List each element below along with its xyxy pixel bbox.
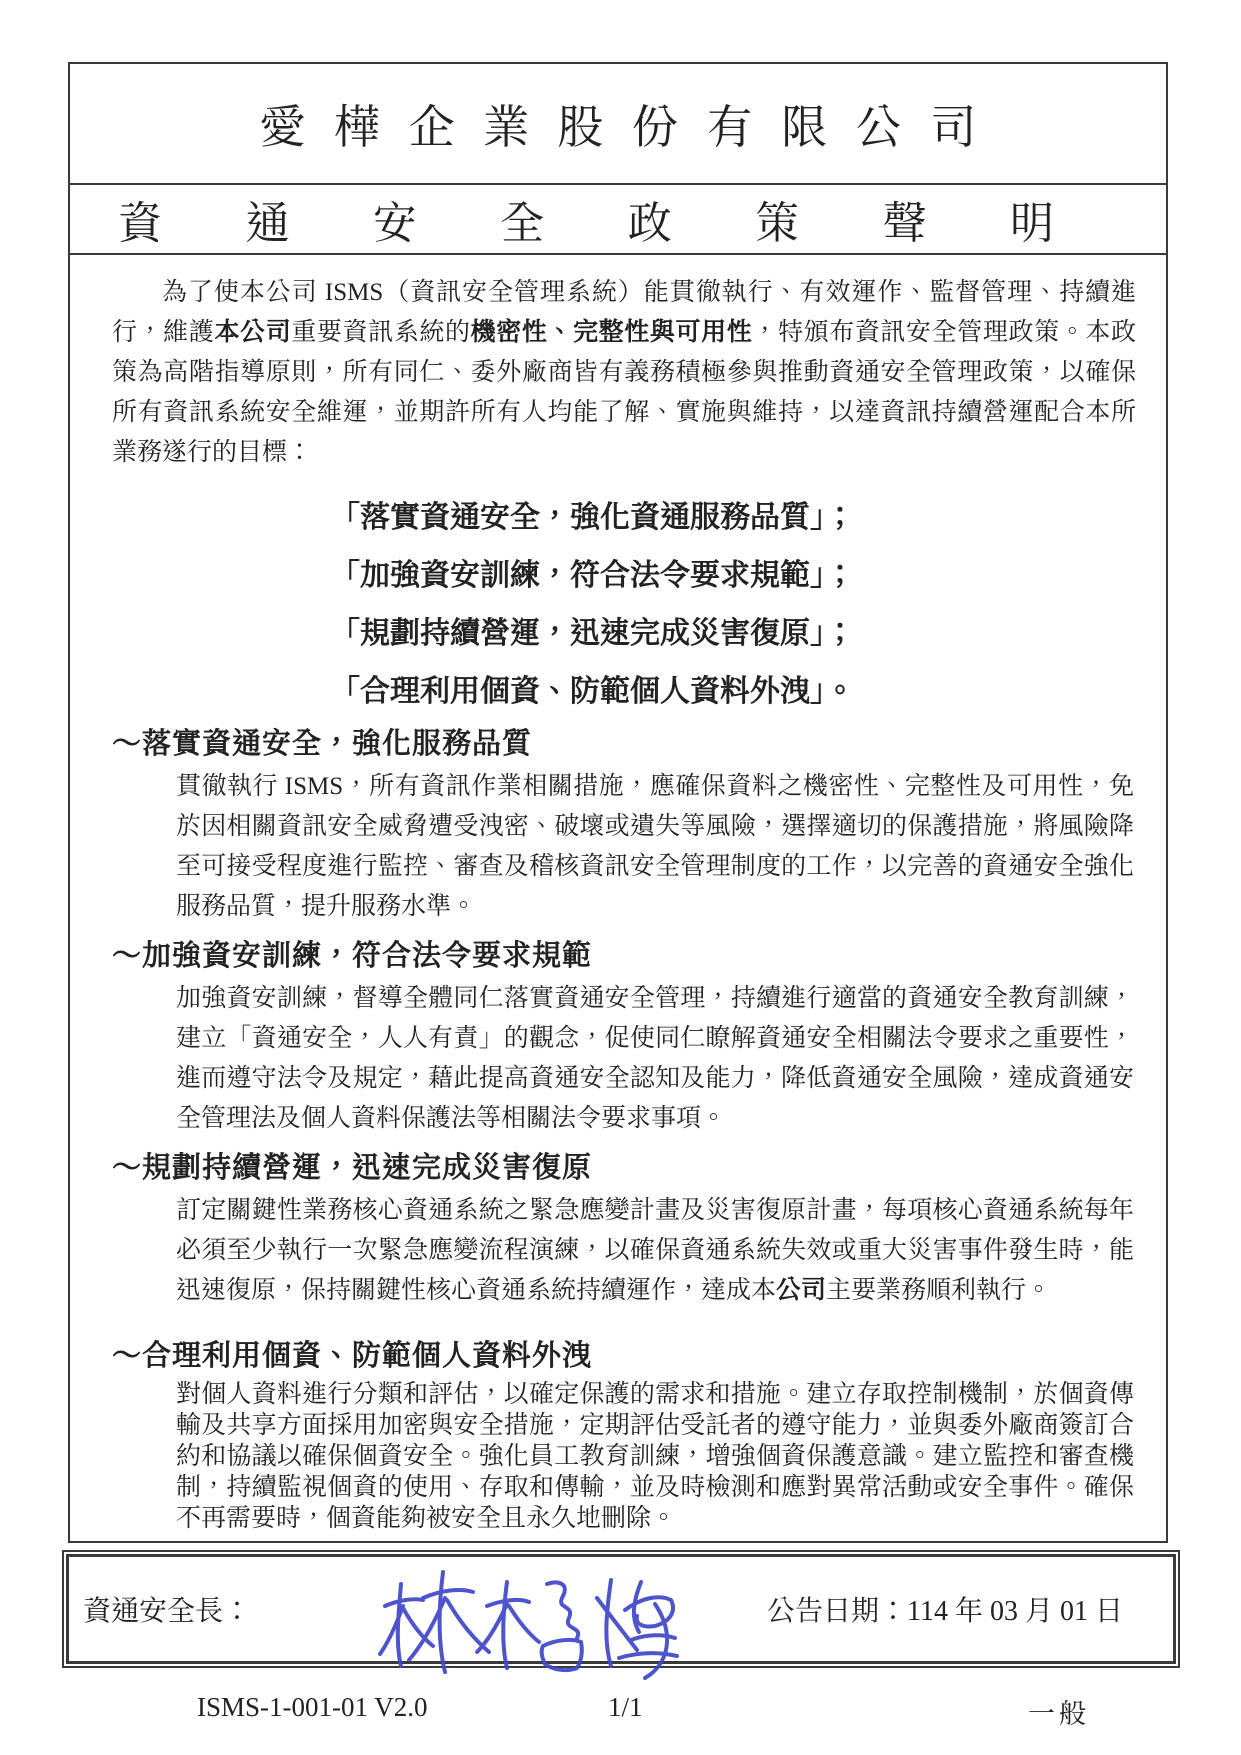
objective-line: 「規劃持續營運，迅速完成災害復原」； [330, 605, 1136, 663]
company-name-text: 愛樺企業股份有限公司 [231, 91, 1005, 157]
company-name: 愛樺企業股份有限公司 [70, 64, 1166, 185]
section-heading-1: ～落實資通安全，強化服務品質 [112, 723, 1136, 765]
ciso-role-label: 資通安全長： [69, 1589, 251, 1629]
signoff-box: 資通安全長： [62, 1550, 1180, 1668]
intro-paragraph: 為了使本公司 ISMS（資訊安全管理系統）能貫徹執行、有效運作、監督管理、持續進… [112, 273, 1136, 473]
section-heading-2: ～加強資安訓練，符合法令要求規範 [112, 935, 1136, 977]
document-code: ISMS-1-001-01 V2.0 [197, 1692, 428, 1723]
policy-body: 為了使本公司 ISMS（資訊安全管理系統）能貫徹執行、有效運作、監督管理、持續進… [70, 255, 1166, 1534]
objective-line: 「落實資通安全，強化資通服務品質」； [330, 489, 1136, 547]
announcement-date: 公告日期：114 年 03 月 01 日 [767, 1589, 1123, 1629]
section-heading-3: ～規劃持續營運，迅速完成災害復原 [112, 1147, 1136, 1189]
page-footer: ISMS-1-001-01 V2.0 1/1 一般 [0, 1692, 1241, 1732]
section-body-4: 對個人資料進行分類和評估，以確定保護的需求和措施。建立存取控制機制，於個資傳輸及… [176, 1379, 1134, 1534]
document-title: 資通安全政策聲明 [70, 185, 1166, 255]
objective-line: 「合理利用個資、防範個人資料外洩」。 [330, 663, 1136, 721]
classification-level: 一般 [1028, 1692, 1090, 1731]
signoff-box-inner: 資通安全長： [66, 1554, 1176, 1664]
policy-objectives: 「落實資通安全，強化資通服務品質」； 「加強資安訓練，符合法令要求規範」； 「規… [330, 489, 1136, 721]
objective-line: 「加強資安訓練，符合法令要求規範」； [330, 547, 1136, 605]
page-number: 1/1 [608, 1692, 643, 1723]
section-heading-4: ～合理利用個資、防範個人資料外洩 [112, 1335, 1136, 1377]
section-body-2: 加強資安訓練，督導全體同仁落實資通安全管理，持續進行適當的資通安全教育訓練，建立… [176, 979, 1134, 1139]
section-body-1: 貫徹執行 ISMS，所有資訊作業相關措施，應確保資料之機密性、完整性及可用性，免… [176, 767, 1134, 927]
handwritten-signature [379, 1551, 679, 1677]
section-body-3: 訂定關鍵性業務核心資通系統之緊急應變計畫及災害復原計畫，每項核心資通系統每年必須… [176, 1191, 1134, 1311]
document-title-text: 資通安全政策聲明 [118, 187, 1054, 251]
policy-document-frame: 愛樺企業股份有限公司 資通安全政策聲明 為了使本公司 ISMS（資訊安全管理系統… [68, 62, 1168, 1543]
